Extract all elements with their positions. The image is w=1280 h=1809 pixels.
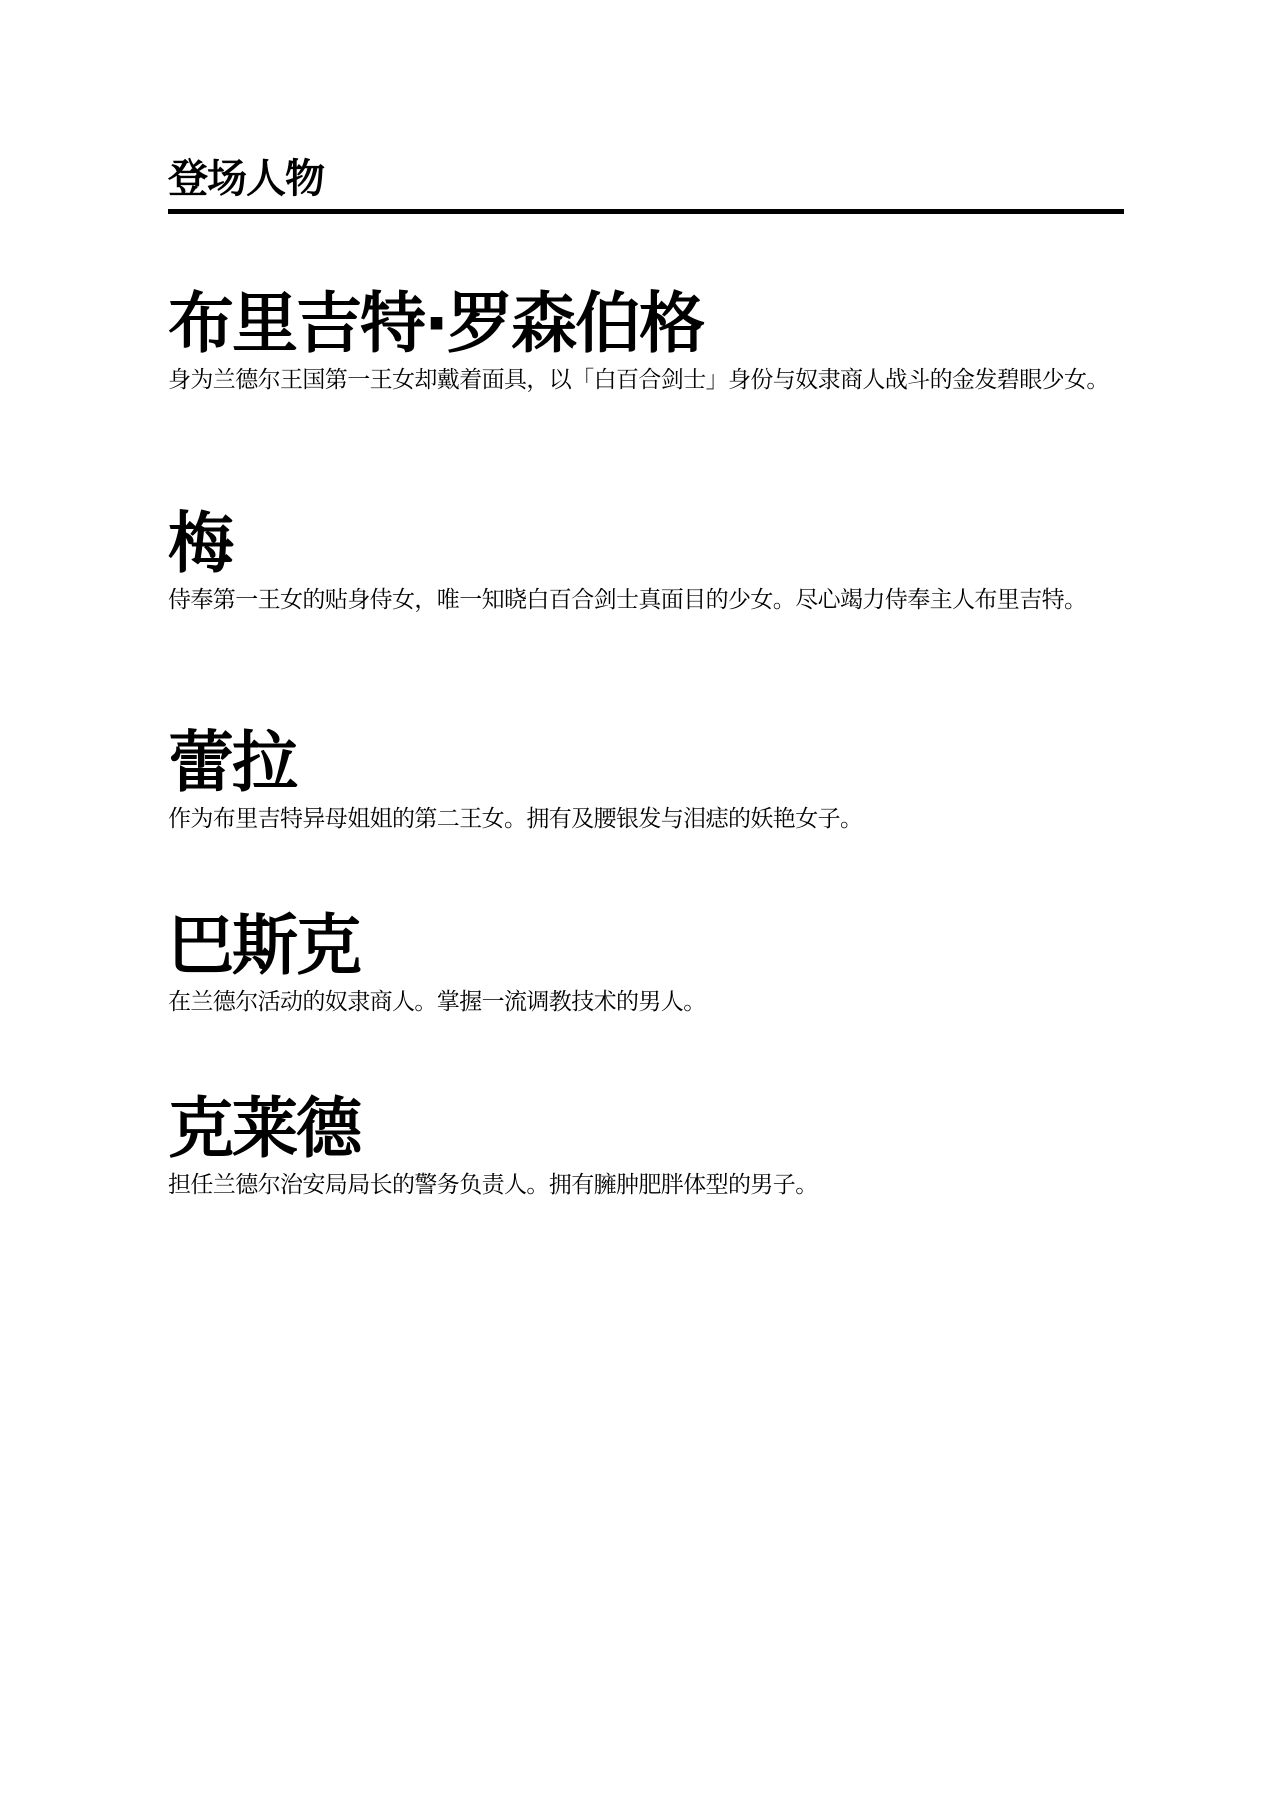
character-entry-brigitte: 布里吉特·罗森伯格 身为兰德尔王国第一王女却戴着面具，以「白百合剑士」身份与奴隶… [168,288,1124,399]
character-entry-basque: 巴斯克 在兰德尔活动的奴隶商人。掌握一流调教技术的男人。 [168,910,1124,1021]
character-description: 侍奉第一王女的贴身侍女，唯一知晓白百合剑士真面目的少女。尽心竭力侍奉主人布里吉特… [168,582,1124,619]
character-description: 担任兰德尔治安局局长的警务负责人。拥有臃肿肥胖体型的男子。 [168,1167,1124,1204]
section-divider [168,209,1124,214]
character-name: 克莱德 [168,1093,1124,1165]
character-name: 蕾拉 [168,727,1124,799]
character-entry-mei: 梅 侍奉第一王女的贴身侍女，唯一知晓白百合剑士真面目的少女。尽心竭力侍奉主人布里… [168,508,1124,619]
character-entry-clyde: 克莱德 担任兰德尔治安局局长的警务负责人。拥有臃肿肥胖体型的男子。 [168,1093,1124,1204]
section-title: 登场人物 [168,155,1124,203]
character-entry-leila: 蕾拉 作为布里吉特异母姐姐的第二王女。拥有及腰银发与泪痣的妖艳女子。 [168,727,1124,838]
section-header: 登场人物 [168,155,1124,203]
character-name: 梅 [168,508,1124,580]
character-description: 作为布里吉特异母姐姐的第二王女。拥有及腰银发与泪痣的妖艳女子。 [168,801,1124,838]
character-name: 巴斯克 [168,910,1124,982]
character-description: 身为兰德尔王国第一王女却戴着面具，以「白百合剑士」身份与奴隶商人战斗的金发碧眼少… [168,362,1124,399]
character-description: 在兰德尔活动的奴隶商人。掌握一流调教技术的男人。 [168,984,1124,1021]
character-name: 布里吉特·罗森伯格 [168,288,1124,360]
